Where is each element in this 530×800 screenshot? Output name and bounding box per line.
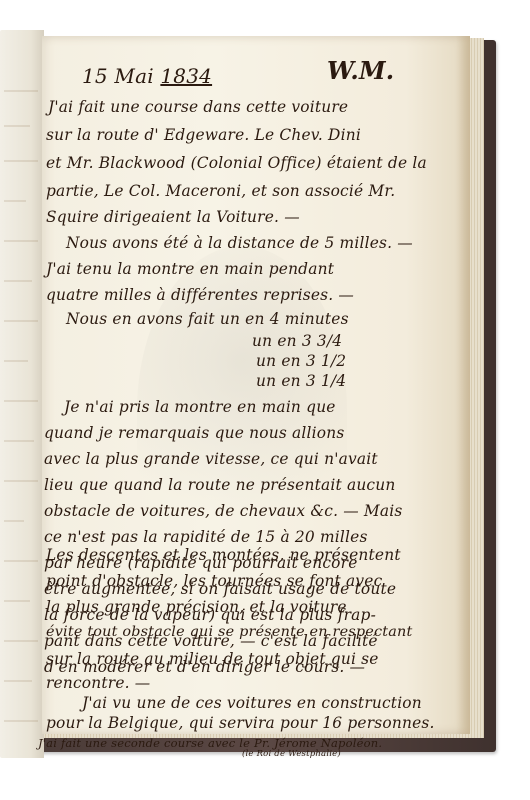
- date-day-month: 15 Mai: [82, 64, 160, 88]
- entry-date: 15 Mai 1834: [82, 64, 212, 88]
- text-line: Nous en avons fait un en 4 minutes: [66, 310, 349, 328]
- time-entry: un en 3 1/2: [256, 352, 346, 370]
- text-line: partie, Le Col. Maceroni, et son associé…: [46, 182, 395, 200]
- bound-book: 15 Mai 1834 W.M. J'ai fait une course da…: [0, 30, 495, 752]
- text-line: lieu que quand la route ne présentait au…: [44, 476, 395, 494]
- text-line: ce n'est pas la rapidité de 15 à 20 mill…: [44, 528, 368, 546]
- text-line: quand je remarquais que nous allions: [44, 424, 344, 442]
- facing-left-page: [0, 30, 44, 758]
- text-line: être augmentée, si on faisait usage de t…: [44, 580, 396, 598]
- text-line: quatre milles à différentes reprises. —: [46, 286, 354, 304]
- text-line: avec la plus grande vitesse, ce qui n'av…: [44, 450, 378, 468]
- text-line: sur la route d' Edgeware. Le Chev. Dini: [46, 126, 361, 144]
- text-line: Je n'ai pris la montre en main que: [64, 398, 336, 416]
- time-entry: un en 3 3/4: [252, 332, 342, 350]
- time-entry: un en 3 1/4: [256, 372, 346, 390]
- manuscript-page: 15 Mai 1834 W.M. J'ai fait une course da…: [42, 36, 470, 734]
- text-line: Nous avons été à la distance de 5 milles…: [66, 234, 413, 252]
- text-line: J'ai fait une course dans cette voiture: [48, 98, 348, 116]
- text-line: d'en modérer et d'en diriger le cours. —: [44, 658, 365, 676]
- text-line: et Mr. Blackwood (Colonial Office) étaie…: [46, 154, 427, 172]
- text-line: la force de la vapeur) qui est la plus f…: [44, 606, 376, 624]
- page-shadow: [456, 36, 470, 734]
- text-line: Squire dirigeaient la Voiture. —: [46, 208, 300, 226]
- date-year: 1834: [160, 64, 212, 88]
- text-line: pant dans cette voiture, — c'est la faci…: [44, 632, 378, 650]
- author-initials: W.M.: [327, 56, 394, 85]
- text-line: J'ai tenu la montre en main pendant: [46, 260, 334, 278]
- text-line: obstacle de voitures, de chevaux &c. — M…: [44, 502, 403, 520]
- text-line: par heure (rapidité qui pourrait encore: [44, 554, 358, 572]
